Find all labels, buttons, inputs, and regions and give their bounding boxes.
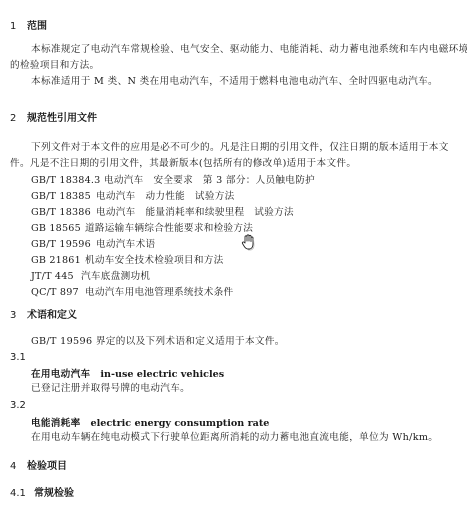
term-zh: 在用电动汽车 xyxy=(31,369,90,380)
section-2-paragraph-1b: 件。凡是不注日期的引用文件，其最新版本(包括所有的修改单)适用于本文件。 xyxy=(10,156,356,172)
section-number: 1 xyxy=(10,21,27,32)
subsection-4-1-heading: 4.1常规检验 xyxy=(10,484,74,499)
section-number: 2 xyxy=(10,113,27,124)
reference-code: GB/T 18386 xyxy=(31,207,96,218)
section-title: 术语和定义 xyxy=(27,310,77,321)
section-3-heading: 3术语和定义 xyxy=(10,306,77,321)
section-3-intro: GB/T 19596 界定的以及下列术语和定义适用于本文件。 xyxy=(31,334,285,350)
reference-item: GB/T 19596电动汽车术语 xyxy=(31,236,155,250)
reference-title: 电动汽车 能量消耗率和续驶里程 试验方法 xyxy=(96,207,294,218)
section-number: 3 xyxy=(10,310,27,321)
section-2-paragraph-1a: 下列文件对于本文件的应用是必不可少的。凡是注日期的引用文件，仅注日期的版本适用于… xyxy=(31,140,449,156)
reference-title: 汽车底盘测功机 xyxy=(81,271,150,282)
reference-item: GB 21861机动车安全技术检验项目和方法 xyxy=(31,252,224,266)
reference-code: GB 18565 xyxy=(31,223,85,234)
term-3-2-number: 3.2 xyxy=(10,400,26,411)
term-en: in-use electric vehicles xyxy=(100,369,224,380)
subsection-number: 4.1 xyxy=(10,488,34,499)
reference-code: GB/T 18385 xyxy=(31,191,96,202)
reference-code: JT/T 445 xyxy=(31,271,81,282)
reference-item: JT/T 445汽车底盘测功机 xyxy=(31,268,150,282)
section-1-paragraph-2: 本标准适用于 M 类、N 类在用电动汽车，不适用于燃料电池电动汽车、全时四驱电动… xyxy=(31,74,438,90)
reference-title: 电动汽车术语 xyxy=(96,239,155,250)
section-number: 4 xyxy=(10,461,27,472)
reference-item: QC/T 897电动汽车用电池管理系统技术条件 xyxy=(31,284,233,298)
term-3-2-definition: 在用电动车辆在纯电动模式下行驶单位距离所消耗的动力蓄电池直流电能，单位为 Wh/… xyxy=(31,430,438,446)
reference-item: GB/T 18385电动汽车 动力性能 试验方法 xyxy=(31,188,235,202)
section-1-heading: 1范围 xyxy=(10,17,47,32)
section-1-paragraph-1b: 的检验项目和方法。 xyxy=(10,58,100,74)
section-title: 范围 xyxy=(27,21,47,32)
reference-item: GB/T 18384.3电动汽车 安全要求 第 3 部分：人员触电防护 xyxy=(31,172,315,186)
term-en: electric energy consumption rate xyxy=(90,418,269,429)
term-3-2-heading: 电能消耗率electric energy consumption rate xyxy=(31,415,269,429)
reference-title: 电动汽车 动力性能 试验方法 xyxy=(96,191,235,202)
reference-code: GB/T 18384.3 xyxy=(31,175,104,186)
reference-title: 机动车安全技术检验项目和方法 xyxy=(85,255,224,266)
reference-item: GB/T 18386电动汽车 能量消耗率和续驶里程 试验方法 xyxy=(31,204,294,218)
subsection-title: 常规检验 xyxy=(34,488,74,499)
section-2-heading: 2规范性引用文件 xyxy=(10,109,97,124)
section-4-heading: 4检验项目 xyxy=(10,457,67,472)
reference-code: GB 21861 xyxy=(31,255,85,266)
reference-code: GB/T 19596 xyxy=(31,239,96,250)
term-3-1-number: 3.1 xyxy=(10,352,26,363)
reference-title: 电动汽车 安全要求 第 3 部分：人员触电防护 xyxy=(104,175,315,186)
reference-title: 电动汽车用电池管理系统技术条件 xyxy=(85,287,233,298)
reference-code: QC/T 897 xyxy=(31,287,85,298)
term-zh: 电能消耗率 xyxy=(31,418,80,429)
term-3-1-heading: 在用电动汽车in-use electric vehicles xyxy=(31,366,224,380)
term-3-1-definition: 已登记注册并取得号牌的电动汽车。 xyxy=(31,381,190,397)
section-title: 检验项目 xyxy=(27,461,67,472)
reference-title: 道路运输车辆综合性能要求和检验方法 xyxy=(85,223,253,234)
reference-item: GB 18565道路运输车辆综合性能要求和检验方法 xyxy=(31,220,253,234)
section-title: 规范性引用文件 xyxy=(27,113,97,124)
hand-cursor-icon xyxy=(241,233,257,251)
section-1-paragraph-1a: 本标准规定了电动汽车常规检验、电气安全、驱动能力、电能消耗、动力蓄电池系统和车内… xyxy=(31,42,467,58)
